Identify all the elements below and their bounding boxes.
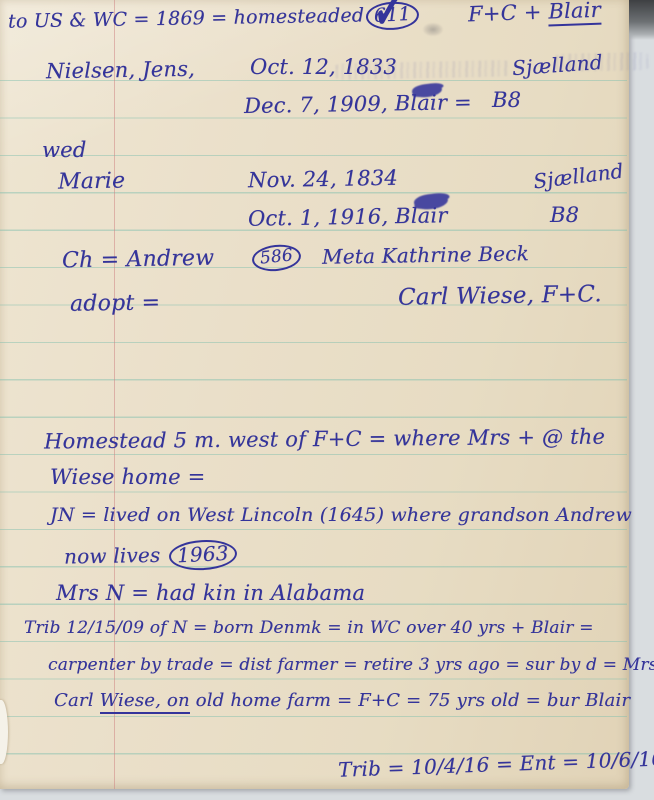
spouse-name-segment: Marie	[58, 168, 126, 194]
children-source-ref: 586	[249, 243, 302, 272]
children-line: Ch = Andrew	[62, 246, 215, 274]
bleedthrough-ghost-writing-1	[336, 60, 508, 80]
death-source-ref-segment: B8	[492, 88, 521, 112]
note-top-right: F+C + Blair	[468, 0, 602, 26]
spouse-death-source-ref-segment: B8	[550, 203, 579, 227]
obit-note-line-1: Trib 12/15/09 of N = born Denmk = in WC …	[24, 618, 594, 638]
kin-note-segment: Mrs N = had kin in Alabama	[56, 581, 365, 605]
residence-note-line-1-segment: JN = lived on West Lincoln (1645) where …	[50, 504, 632, 526]
spouse-name: Marie	[58, 168, 126, 194]
checkmark: ✓	[371, 0, 426, 64]
spouse-death-source-ref: B8	[550, 203, 579, 227]
residence-note-line-2: now lives 1963	[64, 539, 237, 572]
obit-note-line-3-segment: old home farm = F+C = 75 yrs old = bur B…	[190, 690, 630, 711]
spouse-birth-date: Nov. 24, 1834	[248, 166, 398, 193]
adopted-name: Carl Wiese, F+C.	[398, 281, 602, 311]
note-top-left: to US & WC = 1869 = homesteaded611	[8, 1, 420, 36]
wed-label-segment: wed	[42, 138, 86, 162]
obit-note-line-2: carpenter by trade = dist farmer = retir…	[48, 655, 654, 675]
wed-label: wed	[42, 138, 86, 162]
obit-note-line-1-segment: Trib 12/15/09 of N = born Denmk = in WC …	[24, 618, 594, 638]
residence-note-line-1: JN = lived on West Lincoln (1645) where …	[50, 504, 632, 526]
notebook-paper-sheet: to US & WC = 1869 = homesteaded611F+C + …	[0, 0, 629, 789]
bleedthrough-ghost-writing-2	[556, 52, 648, 72]
scanner-background: to US & WC = 1869 = homesteaded611F+C + …	[0, 0, 654, 800]
residence-note-line-2-segment: now lives	[64, 543, 167, 569]
residence-note-line-2-segment: 1963	[168, 538, 237, 572]
child-spouse-name: Meta Kathrine Beck	[322, 241, 529, 269]
obit-note-line-3-segment: Carl	[54, 690, 100, 711]
obit-note-line-3: Carl Wiese, on old home farm = F+C = 75 …	[54, 690, 630, 711]
scanned-notebook-page: { "page": { "type": "scanned handwritten…	[0, 0, 654, 800]
death-date-segment: Dec. 7, 1909, Blair =	[244, 90, 472, 118]
surname-given-name-segment: Nielsen, Jens,	[46, 57, 195, 84]
child-spouse-name-segment: Meta Kathrine Beck	[322, 241, 529, 269]
children-source-ref-segment: 586	[251, 242, 303, 273]
adopt-label-segment: adopt =	[70, 290, 161, 317]
note-top-left-segment: to US & WC = 1869 = homesteaded	[8, 4, 365, 32]
pencil-smudge	[423, 23, 443, 36]
scanner-edge-shadow	[629, 0, 654, 40]
spouse-birth-date-segment: Nov. 24, 1834	[248, 166, 398, 193]
kin-note: Mrs N = had kin in Alabama	[56, 581, 365, 605]
surname-given-name: Nielsen, Jens,	[46, 57, 195, 84]
homestead-note-line-1: Homestead 5 m. west of F+C = where Mrs +…	[44, 425, 605, 454]
adopt-label: adopt =	[70, 290, 161, 317]
death-source-ref: B8	[492, 88, 521, 112]
obit-note-line-3-segment: Wiese, on	[100, 690, 190, 714]
children-line-segment: Ch = Andrew	[62, 246, 215, 274]
note-top-right-segment: Blair	[548, 0, 601, 27]
death-date: Dec. 7, 1909, Blair =	[244, 90, 472, 118]
homestead-note-line-2: Wiese home =	[50, 465, 205, 489]
obit-note-line-2-segment: carpenter by trade = dist farmer = retir…	[48, 655, 654, 675]
homestead-note-line-2-segment: Wiese home =	[50, 465, 205, 489]
note-top-right-segment: F+C +	[468, 0, 549, 26]
adopted-name-segment: Carl Wiese, F+C.	[398, 281, 602, 311]
homestead-note-line-1-segment: Homestead 5 m. west of F+C = where Mrs +…	[44, 425, 605, 454]
